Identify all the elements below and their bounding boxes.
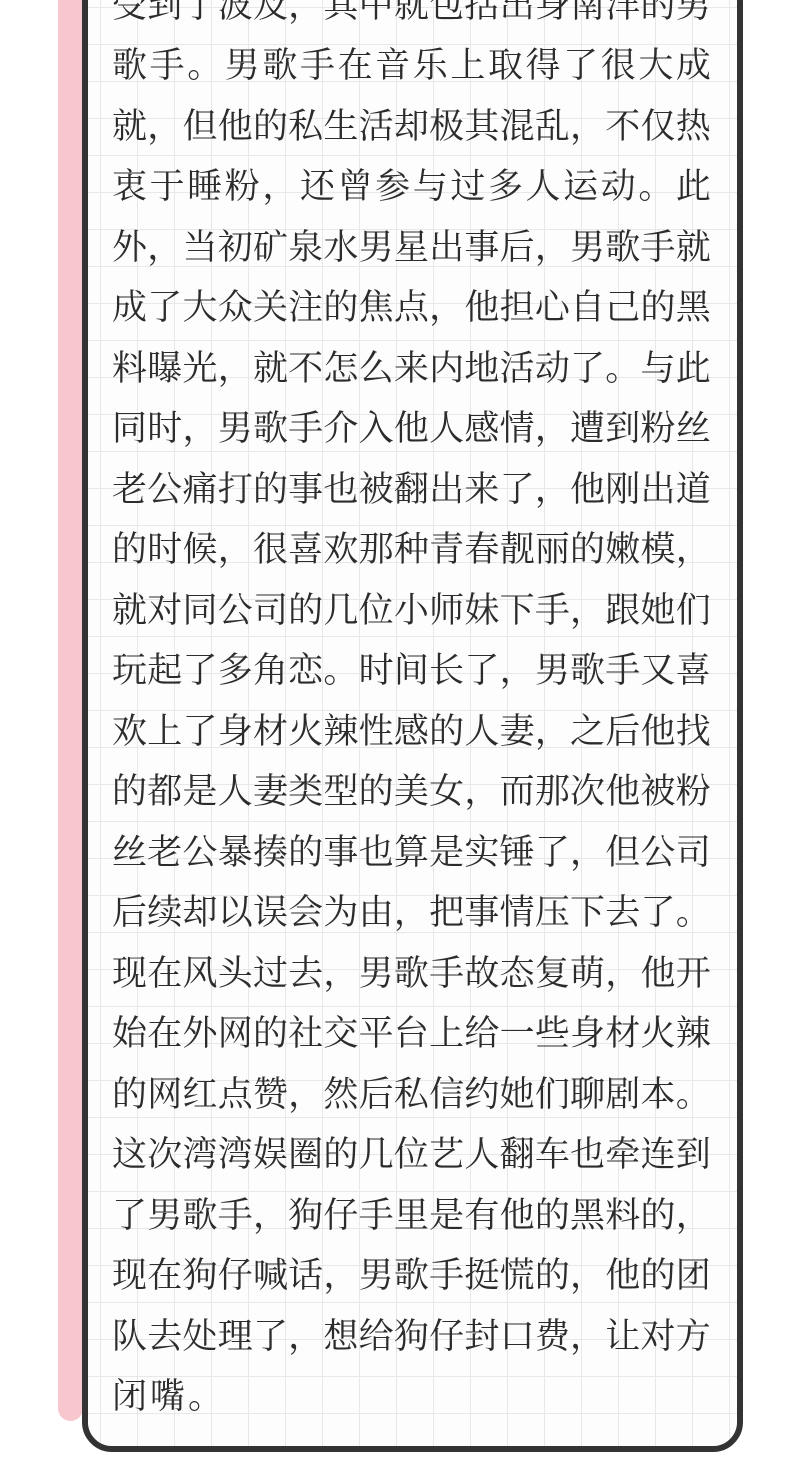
text-line: 玩起了多角恋。时间长了，男歌手又喜 (112, 642, 711, 703)
text-line: 欢上了身材火辣性感的人妻，之后他找 (112, 702, 711, 763)
text-line: 的都是人妻类型的美女，而那次他被粉 (112, 763, 711, 824)
text-line: 受到了波及，其中就包括出身南洋的男 (112, 0, 711, 37)
text-line: 丝老公暴揍的事也算是实锤了，但公司 (112, 823, 711, 884)
text-line: 闭嘴。 (112, 1368, 711, 1429)
text-line: 始在外网的社交平台上给一些身材火辣 (112, 1005, 711, 1066)
text-line: 外，当初矿泉水男星出事后，男歌手就 (112, 218, 711, 279)
text-line: 后续却以误会为由，把事情压下去了。 (112, 884, 711, 945)
text-line: 这次湾湾娱圈的几位艺人翻车也牵连到 (112, 1126, 711, 1187)
text-line: 现在风头过去，男歌手故态复萌，他开 (112, 944, 711, 1005)
text-line: 了男歌手，狗仔手里是有他的黑料的， (112, 1186, 711, 1247)
pink-accent-strip (58, 0, 83, 1421)
text-line: 成了大众关注的焦点，他担心自己的黑 (112, 279, 711, 340)
text-line: 衷于睡粉，还曾参与过多人运动。此 (112, 158, 711, 219)
text-line: 老公痛打的事也被翻出来了，他刚出道 (112, 460, 711, 521)
page: 受到了波及，其中就包括出身南洋的男歌手。男歌手在音乐上取得了很大成就，但他的私生… (0, 0, 800, 1460)
note-card: 受到了波及，其中就包括出身南洋的男歌手。男歌手在音乐上取得了很大成就，但他的私生… (82, 0, 743, 1452)
text-line: 现在狗仔喊话，男歌手挺慌的，他的团 (112, 1247, 711, 1308)
text-line: 就，但他的私生活却极其混乱，不仅热 (112, 97, 711, 158)
text-line: 就对同公司的几位小师妹下手，跟她们 (112, 581, 711, 642)
text-line: 的时候，很喜欢那种青春靓丽的嫩模， (112, 521, 711, 582)
text-line: 的网红点赞，然后私信约她们聊剧本。 (112, 1065, 711, 1126)
text-line: 歌手。男歌手在音乐上取得了很大成 (112, 37, 711, 98)
text-line: 同时，男歌手介入他人感情，遭到粉丝 (112, 400, 711, 461)
text-line: 料曝光，就不怎么来内地活动了。与此 (112, 339, 711, 400)
article-text: 受到了波及，其中就包括出身南洋的男歌手。男歌手在音乐上取得了很大成就，但他的私生… (112, 0, 711, 1428)
text-line: 队去处理了，想给狗仔封口费，让对方 (112, 1307, 711, 1368)
